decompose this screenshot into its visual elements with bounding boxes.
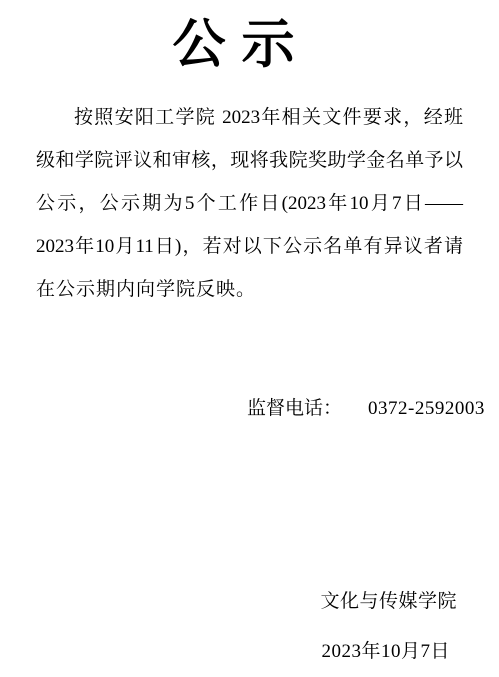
paragraph-line-2: 级和学院评议和审核，现将我院奖助学金名单予以 <box>36 139 463 182</box>
supervision-phone-number: 0372-2592003 <box>368 398 485 419</box>
paragraph-line-5: 在公示期内向学院反映。 <box>36 268 463 311</box>
paragraph-line-1: 按照安阳工学院 2023年相关文件要求，经班 <box>36 96 463 139</box>
issuing-department-signature: 文化与传媒学院 <box>320 589 457 615</box>
paragraph-line-3: 公示，公示期为5个工作日(2023年10月7日—— <box>36 182 463 225</box>
document-title: 公示 <box>0 14 499 76</box>
announcement-document: 公示 按照安阳工学院 2023年相关文件要求，经班 级和学院评议和审核，现将我院… <box>0 0 499 677</box>
supervision-phone-line: 监督电话：0372-2592003 <box>247 396 485 422</box>
document-date: 2023年10月7日 <box>321 639 450 665</box>
supervision-phone-label: 监督电话： <box>247 398 342 419</box>
announcement-paragraph: 按照安阳工学院 2023年相关文件要求，经班 级和学院评议和审核，现将我院奖助学… <box>36 96 463 311</box>
paragraph-line-4: 2023年10月11日)，若对以下公示名单有异议者请 <box>36 225 463 268</box>
